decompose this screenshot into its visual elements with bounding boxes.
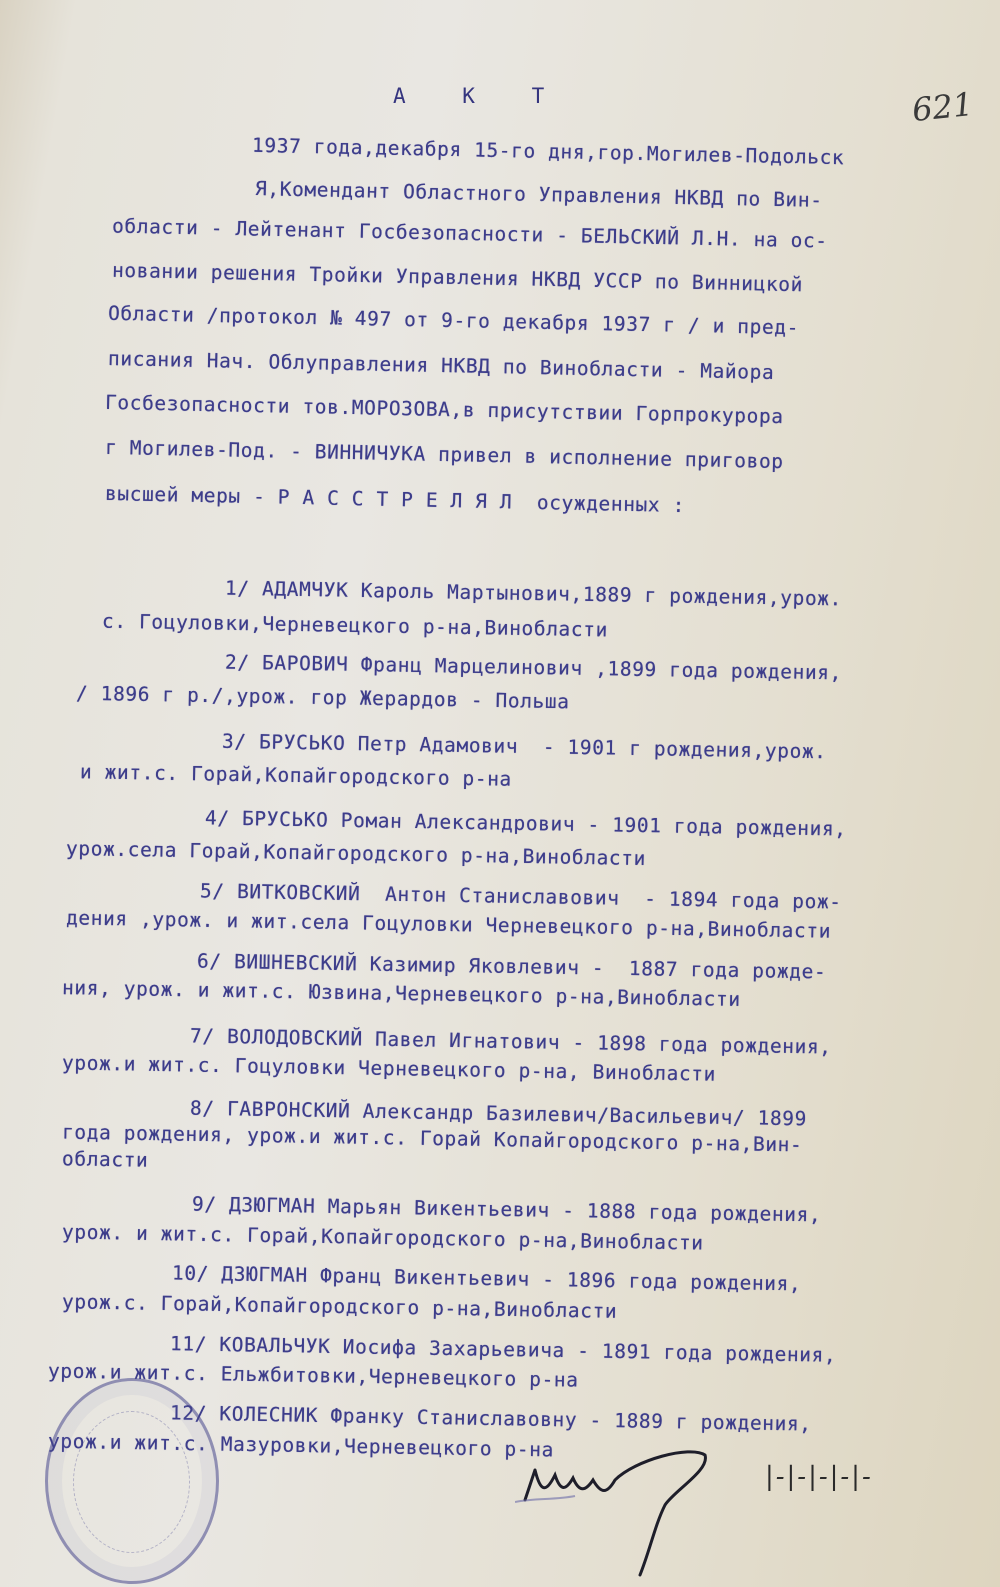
entry-line: 10/ ДЗЮГМАН Франц Викентьевич - 1896 год… bbox=[172, 1262, 802, 1296]
preamble-line: новании решения Тройки Управления НКВД У… bbox=[112, 259, 803, 296]
entry-line: / 1896 г р./,урож. гор Жерардов - Польша bbox=[76, 682, 570, 714]
preamble-line: Я,Комендант Областного Управления НКВД п… bbox=[255, 177, 823, 212]
entry-line: и жит.с. Горай,Копайгородского р-на bbox=[80, 760, 512, 791]
preamble-line: г Могилев-Под. - ВИННИЧУКА привел в испо… bbox=[105, 436, 784, 473]
entry-line: урож.с. Горай,Копайгородского р-на,Виноб… bbox=[62, 1290, 618, 1323]
entry-line: с. Гоцуловки,Черневецкого р-на,Винобласт… bbox=[102, 610, 608, 642]
entry-line: 2/ БАРОВИЧ Франц Марцелинович ,1899 года… bbox=[225, 651, 842, 685]
preamble-line: Госбезопасности тов.МОРОЗОВА,в присутств… bbox=[105, 391, 784, 428]
document-title: А К Т bbox=[393, 84, 566, 108]
entry-line: 9/ ДЗЮГМАН Марьян Викентьевич - 1888 год… bbox=[192, 1193, 822, 1227]
preamble-line: области - Лейтенант Госбезопасности - БЕ… bbox=[112, 215, 828, 253]
preamble-line: писания Нач. Облуправления НКВД по Виноб… bbox=[108, 347, 775, 384]
entry-line: 4/ БРУСЬКО Роман Александрович - 1901 го… bbox=[205, 806, 847, 840]
preamble-line: высшей меры - Р А С С Т Р Е Л Я Л осужде… bbox=[105, 482, 685, 517]
folio-number: 621 bbox=[910, 85, 975, 129]
entry-line: 11/ КОВАЛЬЧУК Иосифа Захарьевича - 1891 … bbox=[170, 1332, 837, 1367]
entry-line: 6/ ВИШНЕВСКИЙ Казимир Яковлевич - 1887 г… bbox=[197, 950, 827, 984]
official-seal-icon bbox=[45, 1378, 219, 1584]
entry-line: области bbox=[62, 1147, 149, 1172]
entry-line: ния, урож. и жит.с. Юзвина,Черневецкого … bbox=[62, 976, 741, 1011]
entry-line: урож. и жит.с. Горай,Копайгородского р-н… bbox=[62, 1220, 704, 1254]
entry-line: 3/ БРУСЬКО Петр Адамович - 1901 г рожден… bbox=[222, 730, 827, 764]
archival-document-page: 621 А К Т 1937 года,декабря 15-го дня,го… bbox=[0, 0, 1000, 1587]
closing-marks: |-|-|-|-|- bbox=[765, 1462, 873, 1492]
entry-line: 7/ ВОЛОДОВСКИЙ Павел Игнатович - 1898 го… bbox=[190, 1024, 832, 1058]
entry-line: дения ,урож. и жит.села Гоцуловки Чернев… bbox=[66, 906, 831, 942]
preamble-line: Области /протокол № 497 от 9-го декабря … bbox=[108, 302, 799, 339]
entry-line: 1/ АДАМЧУК Кароль Мартынович,1889 г рожд… bbox=[225, 577, 842, 611]
entry-line: урож.и жит.с. Гоцуловки Черневецкого р-н… bbox=[62, 1051, 716, 1085]
entry-line: урож.села Горай,Копайгородского р-на,Вин… bbox=[66, 837, 646, 870]
entry-line: 5/ ВИТКОВСКИЙ Антон Станиславович - 1894… bbox=[200, 879, 842, 913]
signature-icon bbox=[515, 1450, 735, 1580]
preamble-line: 1937 года,декабря 15-го дня,гор.Могилев-… bbox=[252, 134, 845, 169]
seal-inner-ring bbox=[73, 1411, 190, 1553]
entry-line: 12/ КОЛЕСНИК Франку Станиславовну - 1889… bbox=[170, 1401, 812, 1435]
